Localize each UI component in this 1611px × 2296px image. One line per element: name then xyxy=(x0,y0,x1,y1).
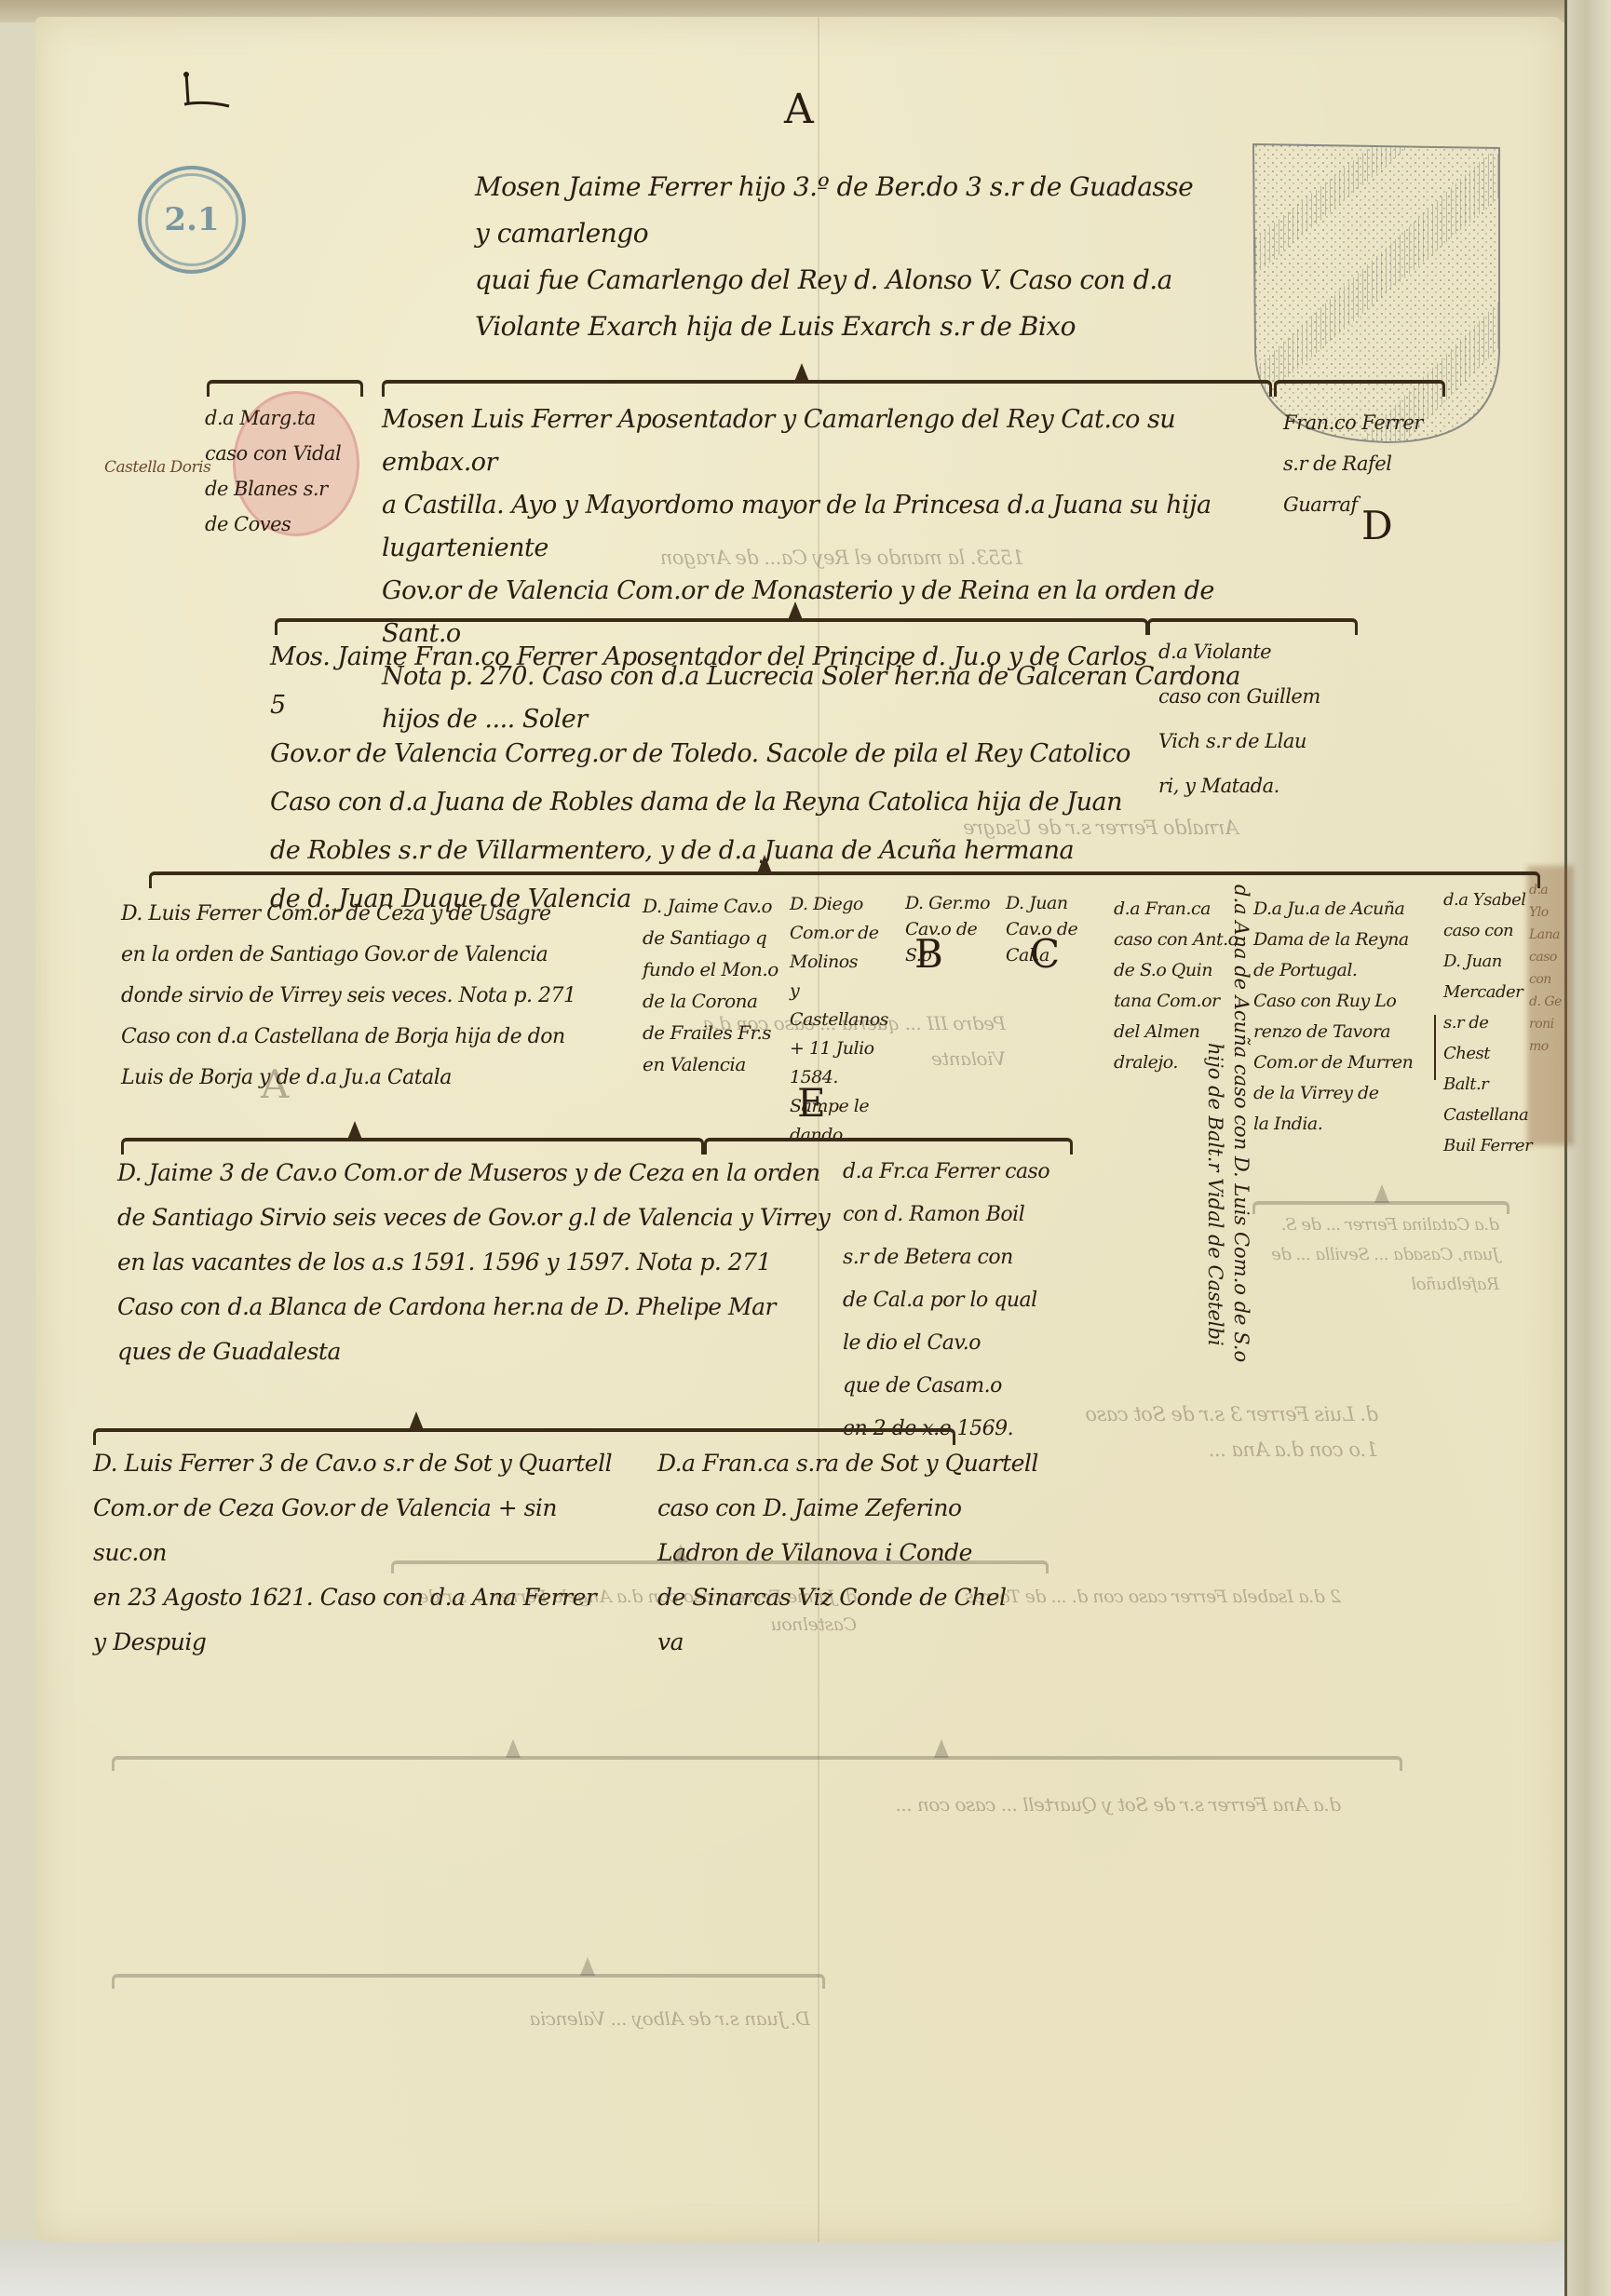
bleed-through-bracket xyxy=(112,1974,825,1989)
bleed-through-text: Arnaldo Ferrer s.r de Usagre xyxy=(941,810,1239,845)
root-ancestor-entry: Mosen Jaime Ferrer hijo 3.º de Ber.do 3 … xyxy=(475,164,1248,350)
tree-bracket-gen2-main xyxy=(382,380,1272,397)
tree-bracket-gen4 xyxy=(149,871,1540,888)
bleed-through-text: D. Juan s.r de Alboy ... Valencia xyxy=(121,2002,810,2035)
gen4-child-luis-ferrer: D. Luis Ferrer Com.or de Ceza y de Usagr… xyxy=(121,894,643,1099)
gen5-main-jaime-3: D. Jaime 3 de Cav.o Com.or de Museros y … xyxy=(117,1151,862,1374)
bleed-through-bracket xyxy=(391,1560,1049,1573)
bleed-through-text: Pedro III ... queria ... caso con d.a Vi… xyxy=(652,1006,1006,1076)
margin-note: Castella Doris xyxy=(104,454,216,480)
tree-bracket-gen2-right xyxy=(1274,380,1445,397)
tree-bracket-gen2-left xyxy=(207,380,363,397)
folio-number-mark xyxy=(168,65,242,130)
divider-line xyxy=(1434,1015,1436,1080)
library-stamp: 2.1 xyxy=(138,166,246,274)
bleed-through-bracket xyxy=(1252,1201,1509,1214)
gen4-child-juana-acuna: D.a Ju.a de Acuña Dama de la Reyna de Po… xyxy=(1253,894,1430,1140)
bleed-through-text: d. Luis Ferrer 3 s.r de Sot caso 1.o con… xyxy=(1080,1397,1378,1467)
stamp-number: 2.1 xyxy=(164,201,219,238)
section-letter-e: E xyxy=(797,1080,826,1126)
scan-background: 2.1 A Mosen Jaime Ferrer hijo 3.º de Ber… xyxy=(0,0,1611,2296)
gen3-sibling-violante: d.a Violante caso con Guillem Vich s.r d… xyxy=(1158,629,1363,808)
gen5-sibling-francisca-boil: d.a Fr.ca Ferrer caso con d. Ramon Boil … xyxy=(843,1151,1066,1451)
gen4-vertical-note-vidal: hijo de Balt.r Vidal de Castelbi xyxy=(1201,1043,1229,1359)
bleed-through-text: d.a Ana Ferrer s.r de Sot y Quartell ...… xyxy=(130,1788,1341,1821)
gen4-vertical-note-ana: d.a Ana de Acuña caso con D. Luis Com.o … xyxy=(1227,885,1255,1369)
book-binding-edge xyxy=(1564,0,1611,2296)
gen4-child-margin-smudged: d.a Ylo Lana caso con d. Ge roni mo xyxy=(1529,879,1566,1058)
section-letter-b: B xyxy=(914,931,943,977)
bleed-through-text: 1553. la mando el Rey Ca... de Aragon xyxy=(577,540,1024,575)
scan-bottom-edge xyxy=(0,2240,1611,2296)
section-letter-a: A xyxy=(784,86,814,133)
bleed-through-text: d. Jaime Ferrer caso con d.a Angela Ferr… xyxy=(372,1583,857,1639)
bleed-through-text: 2 d.a Isabela Ferrer caso con d. ... de … xyxy=(894,1583,1341,1611)
bleed-through-text: d.a Catalina Ferrer ... de S. Juan, Casa… xyxy=(1266,1210,1499,1300)
gen2-sibling-margarita: d.a Marg.ta caso con Vidal de Blanes s.r… xyxy=(205,400,382,542)
section-letter-a-faint: A xyxy=(261,1061,289,1107)
bleed-through-bracket xyxy=(112,1756,1402,1771)
section-letter-d: D xyxy=(1361,503,1393,548)
section-letter-c: C xyxy=(1030,931,1060,977)
